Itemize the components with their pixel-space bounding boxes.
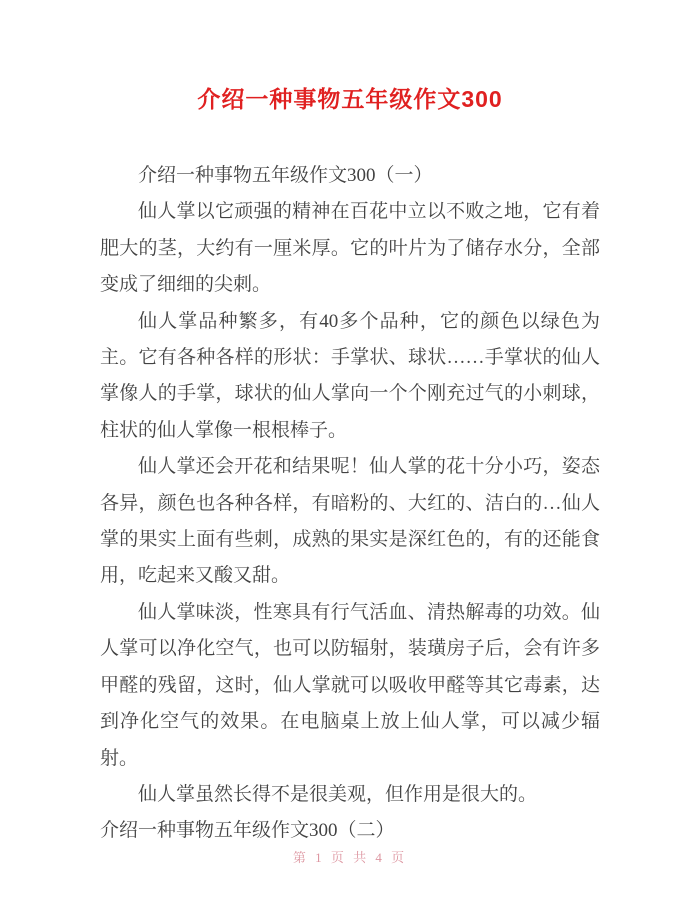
essay-body: 介绍一种事物五年级作文300（一） 仙人掌以它顽强的精神在百花中立以不败之地，它… — [100, 158, 600, 850]
essay-paragraph: 仙人掌还会开花和结果呢！仙人掌的花十分小巧，姿态各异，颜色也各种各样，有暗粉的、… — [100, 449, 600, 595]
essay-paragraph: 仙人掌虽然长得不是很美观，但作用是很大的。 — [100, 777, 600, 813]
page-number: 第 1 页 共 4 页 — [0, 847, 700, 866]
page-title: 介绍一种事物五年级作文300 — [0, 0, 700, 113]
essay-paragraph: 仙人掌品种繁多，有40多个品种，它的颜色以绿色为主。它有各种各样的形状：手掌状、… — [100, 304, 600, 450]
essay-paragraph: 仙人掌以它顽强的精神在百花中立以不败之地，它有着肥大的茎，大约有一厘米厚。它的叶… — [100, 194, 600, 303]
essay-subtitle-part-1: 介绍一种事物五年级作文300（一） — [100, 158, 600, 194]
document-page: 介绍一种事物五年级作文300 介绍一种事物五年级作文300（一） 仙人掌以它顽强… — [0, 0, 700, 906]
essay-paragraph: 仙人掌味淡，性寒具有行气活血、清热解毒的功效。仙人掌可以净化空气，也可以防辐射，… — [100, 595, 600, 777]
essay-subtitle-part-2: 介绍一种事物五年级作文300（二） — [100, 813, 600, 849]
